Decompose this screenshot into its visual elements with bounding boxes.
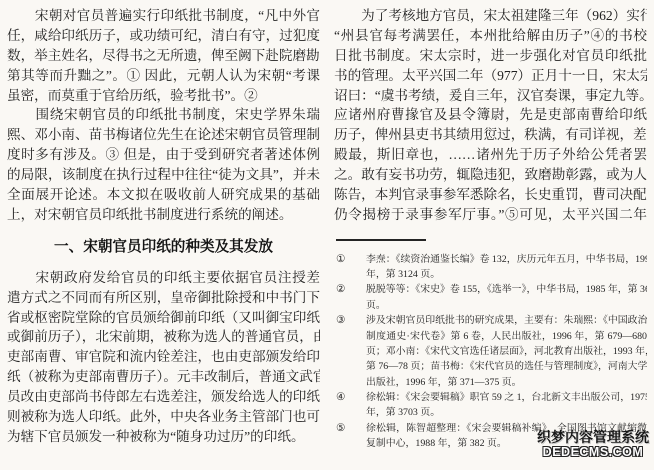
scanned-paper-page: 宋朝对官员普遍实行印纸批书制度，“凡中外官任，咸给印纸历子，或功绩可纪，清白有守…	[0, 0, 654, 470]
text-line: 为了考核地方官员，宋太祖建隆三年（962）实行	[334, 6, 647, 26]
paragraph: 宋朝政府发给官员的印纸主要依据官员注授差遣方式之不同而有所区别，皇帝御批除授和中…	[7, 268, 320, 447]
footnote-line: 徐松辑：《宋会要辑稿》职官 59 之 1，台北新文丰出版公司，1975	[366, 390, 647, 405]
text-line: 则被称为选人印纸。此外，中央各业务主管部门也可	[7, 407, 320, 427]
text-line: 全面展开论述。本文拟在吸收前人研究成果的基础	[7, 185, 320, 205]
text-line: 第其等而升黜之”。① 因此，元朝人认为宋朝“考课	[7, 66, 320, 86]
text-line: 宋朝政府发给官员的印纸主要依据官员注授差	[7, 268, 320, 288]
paragraph: 为了考核地方官员，宋太祖建隆三年（962）实行“州县官每考满罢任，本州批给解由历…	[334, 6, 647, 225]
text-line: 虽密，而莫重于官给历纸，验考批书”。②	[7, 86, 320, 106]
text-line: 的局限，该制度在执行过程中往往“徒为文具”，并未	[7, 165, 320, 185]
text-line: 上，对宋朝官员印纸批书制度进行系统的阐述。	[7, 205, 320, 225]
text-line: 围绕宋朝官员的印纸批书制度，宋史学界朱瑞	[7, 105, 320, 125]
footnote-text: 脱脱等等：《宋史》卷 155，《选举一》，中华书局，1985 年，第 3604页…	[366, 282, 647, 313]
text-line: “州县官每考满罢任，本州批给解由历子”④的书校	[334, 26, 647, 46]
text-line: 殿最，斯旧章也，……诸州先于历子外给公凭者罢	[334, 145, 647, 165]
footnote-marker: ⑤	[334, 421, 366, 436]
text-line: 之。敢有妄书功劳，辄隐违犯，致磨勘彰露，或为人	[334, 165, 647, 185]
footnote-line: 制度通史·宋代卷》第 6 卷，人民出版社，1996 年，第 679—680	[366, 329, 647, 344]
footnote: ①李焘：《续资治通鉴长编》卷 132，庆历元年五月，中华书局，1992年，第 3…	[334, 252, 647, 283]
footnote-line: 页；邓小南：《宋代文官选任诸层面》，河北教育出版社，1993 年，	[366, 344, 647, 359]
footnote-line: 第 76—78 页；苗书梅：《宋代官员的选任与管理制度》，河南大学	[366, 359, 647, 374]
footnote-line: 李焘：《续资治通鉴长编》卷 132，庆历元年五月，中华书局，1992	[366, 252, 647, 267]
footnote-text: 李焘：《续资治通鉴长编》卷 132，庆历元年五月，中华书局，1992年，第 31…	[366, 252, 647, 283]
right-column: 为了考核地方官员，宋太祖建隆三年（962）实行“州县官每考满罢任，本州批给解由历…	[334, 6, 647, 451]
footnote: ②脱脱等等：《宋史》卷 155，《选举一》，中华书局，1985 年，第 3604…	[334, 282, 647, 313]
watermark: 织梦内容管理系统 DEDECMS.COM	[533, 429, 653, 460]
footnote-text: 徐松辑：《宋会要辑稿》职官 59 之 1，台北新文丰出版公司，1975年，第 3…	[366, 390, 647, 421]
text-line: 陈告，本判官录事参军悉除名，长史重罚，曹司决配，	[334, 185, 647, 205]
text-line: 应诸州府曹掾官及县令簿尉，先是吏部南曹给印纸	[334, 105, 647, 125]
text-line: 诏曰：“虞书考绩，爰自三年，汉官奏课，事定九等。	[334, 86, 647, 106]
text-line: 省或枢密院堂除的官员颁给御前印纸（又叫御宝印纸	[7, 308, 320, 328]
paragraph: 宋朝对官员普遍实行印纸批书制度，“凡中外官任，咸给印纸历子，或功绩可纪，清白有守…	[7, 6, 320, 105]
footnote: ④徐松辑：《宋会要辑稿》职官 59 之 1，台北新文丰出版公司，1975年，第 …	[334, 390, 647, 421]
watermark-chinese-text: 织梦内容管理系统	[533, 429, 653, 445]
footnote-marker: ②	[334, 282, 366, 297]
footnote-line: 年，第 3703 页。	[366, 405, 647, 420]
text-line: 熙、邓小南、苗书梅诸位先生在论述宋朝官员管理制	[7, 125, 320, 145]
text-line: 仍令揭榜于录事参军厅事。”⑤可见，太平兴国二年	[334, 205, 647, 225]
footnote-marker: ③	[334, 313, 366, 328]
footnote-marker: ④	[334, 390, 366, 405]
left-column: 宋朝对官员普遍实行印纸批书制度，“凡中外官任，咸给印纸历子，或功绩可纪，清白有守…	[7, 6, 320, 447]
text-line: 员改由吏部尚书侍郎左右选差注，颁发给选人的印纸	[7, 387, 320, 407]
footnote-line: 涉及宋朝官员印纸批书的研究成果，主要有：朱瑞熙：《中国政治	[366, 313, 647, 328]
text-line: 遣方式之不同而有所区别，皇帝御批除授和中书门下	[7, 288, 320, 308]
text-line: 日批书制度。宋太宗时，进一步强化对官员印纸批	[334, 46, 647, 66]
text-line: 宋朝对官员普遍实行印纸批书制度，“凡中外官	[7, 6, 320, 26]
paragraph: 围绕宋朝官员的印纸批书制度，宋史学界朱瑞熙、邓小南、苗书梅诸位先生在论述宋朝官员…	[7, 105, 320, 224]
footnotes-block: ①李焘：《续资治通鉴长编》卷 132，庆历元年五月，中华书局，1992年，第 3…	[334, 252, 647, 451]
text-line: 吏部南曹、审官院和流内铨差注，也由吏部颁发给印	[7, 347, 320, 367]
footnote-marker: ①	[334, 252, 366, 267]
footnote-text: 涉及宋朝官员印纸批书的研究成果，主要有：朱瑞熙：《中国政治制度通史·宋代卷》第 …	[366, 313, 647, 390]
watermark-domain-text: DEDECMS.COM	[533, 445, 653, 460]
footnote-line: 页。	[366, 298, 647, 313]
right-column-text: 为了考核地方官员，宋太祖建隆三年（962）实行“州县官每考满罢任，本州批给解由历…	[334, 6, 647, 225]
text-line: 度时多有涉及。③ 但是，由于受到研究者著述体例	[7, 145, 320, 165]
text-line: 历子，俾州县吏书其绩用愆过，秩满，有司详视，差其	[334, 125, 647, 145]
footnote-line: 年，第 3124 页。	[366, 267, 647, 282]
footnote-line: 出版社，1996 年，第 371—375 页。	[366, 375, 647, 390]
text-line: 数，举主姓名，尽得书之无所遗，俾至阙下赴院磨勘，	[7, 46, 320, 66]
text-line: 任，咸给印纸历子，或功绩可纪，清白有守，过犯度	[7, 26, 320, 46]
text-line: 书的管理。太平兴国二年（977）正月十一日，宋太宗	[334, 66, 647, 86]
footnote: ③涉及宋朝官员印纸批书的研究成果，主要有：朱瑞熙：《中国政治制度通史·宋代卷》第…	[334, 313, 647, 390]
footnote-separator	[336, 239, 426, 241]
text-line: 为辖下官员颁发一种被称为“随身功过历”的印纸。	[7, 427, 320, 447]
footnote-line: 脱脱等等：《宋史》卷 155，《选举一》，中华书局，1985 年，第 3604	[366, 282, 647, 297]
section-heading: 一、宋朝官员印纸的种类及其发放	[7, 238, 320, 257]
text-line: 纸（被称为吏部南曹历子）。元丰改制后，普通文武官	[7, 367, 320, 387]
text-line: 或御前历子），北宋前期，被称为选人的普通官员，由	[7, 327, 320, 347]
